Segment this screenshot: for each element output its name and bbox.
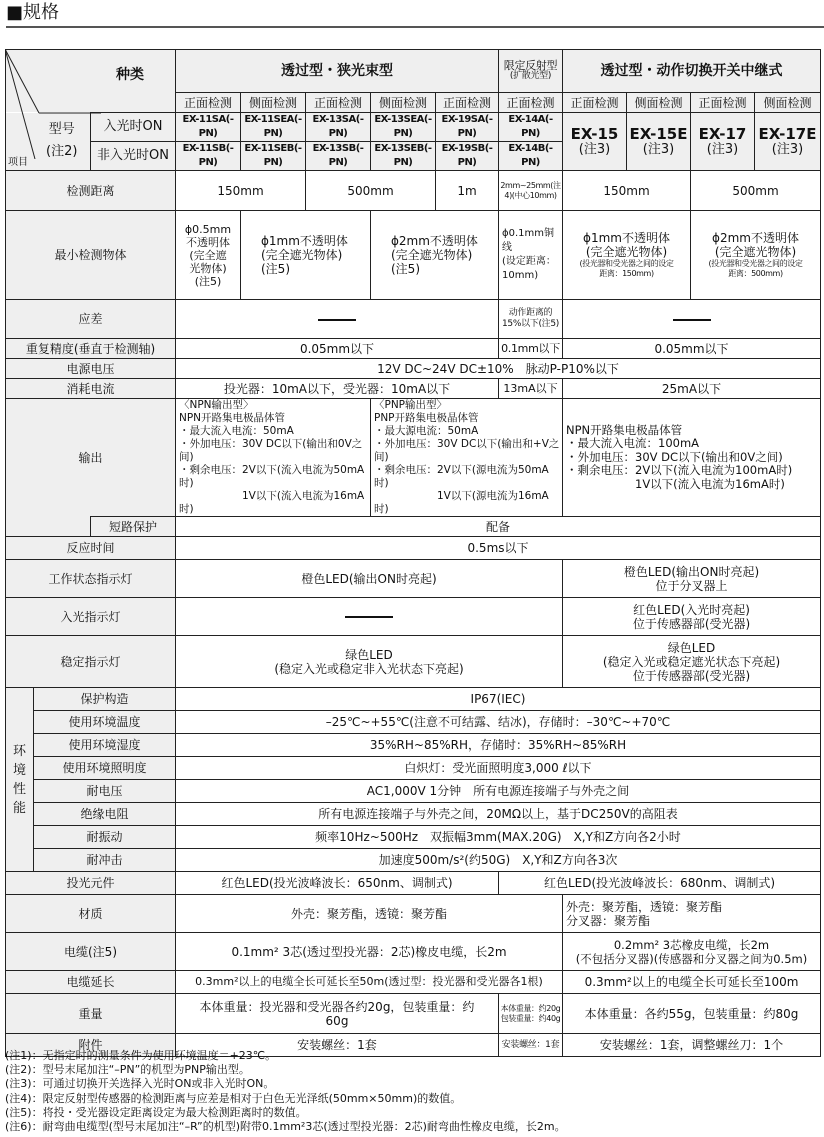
model-on: EX-13SEA(-PN) — [371, 113, 436, 142]
row-incident-indicator: 入光指示灯 红色LED(入光时亮起) 位于传感器部(受光器) — [6, 598, 821, 636]
notes: (注1)：无指定时的测量条件为使用环境温度＝+23℃。 (注2)：型号末尾加注“… — [5, 1049, 566, 1134]
row-label: 输出 — [6, 399, 176, 517]
cell: 绿色LED (稳定入光或稳定非入光状态下亮起) — [176, 636, 563, 688]
row-label: 最小检测物体 — [6, 211, 176, 300]
cell: 35%RH~85%RH，存储时：35%RH~85%RH — [176, 734, 821, 757]
relay-model-cell: EX-15(注3) — [563, 113, 627, 171]
cell: 500mm — [691, 171, 821, 211]
row-label: 消耗电流 — [6, 379, 176, 399]
model-off: EX-13SB(-PN) — [306, 142, 371, 171]
model-on: EX-14A(-PN) — [499, 113, 563, 142]
relay-model: EX-17 — [692, 126, 753, 143]
detect-type: 侧面检测 — [627, 93, 691, 113]
model-off: EX-11SEB(-PN) — [241, 142, 306, 171]
note: (注6)：耐弯曲电缆型(型号末尾加注“–R”的机型)附带0.1mm²3芯(透过型… — [5, 1120, 566, 1134]
relay-note: (注3) — [756, 143, 819, 157]
cell: ϕ0.1mm铜线 (设定距离： 10mm) — [499, 211, 563, 300]
row-label: 使用环境湿度 — [34, 734, 176, 757]
cell: 150mm — [176, 171, 306, 211]
cell: 红色LED(投光波峰波长：650nm、调制式) — [176, 872, 499, 895]
note: (注2)：型号末尾加注“–PN”的机型为PNP输出型。 — [5, 1063, 566, 1077]
model-on: EX-13SA(-PN) — [306, 113, 371, 142]
row-env: 环境性能 保护构造 IP67(IEC) — [6, 688, 821, 711]
row-label: 重复精度(垂直于检测轴) — [6, 339, 176, 359]
row-label: 耐振动 — [34, 826, 176, 849]
title-divider — [6, 26, 824, 28]
dash-icon — [318, 319, 356, 321]
row-env: 耐电压 AC1,000V 1分钟 所有电源连接端子与外壳之间 — [6, 780, 821, 803]
relay-note: (注3) — [628, 143, 689, 157]
cell — [176, 300, 499, 339]
model-on: EX-19SA(-PN) — [436, 113, 499, 142]
cell: 投光器：10mA以下，受光器：10mA以下 — [176, 379, 499, 399]
cell-relay: NPN开路集电极晶体管 ・最大流入电流：100mA ・外加电压：30V DC以下… — [563, 399, 821, 517]
cell: 红色LED(入光时亮起) 位于传感器部(受光器) — [563, 598, 821, 636]
row-label: 重量 — [6, 994, 176, 1034]
row-min-object: 最小检测物体 ϕ0.5mm 不透明体 (完全遮 光物体) (注5) ϕ1mm不透… — [6, 211, 821, 300]
item-label: 项目 — [6, 113, 34, 171]
row-cable: 电缆(注5) 0.1mm² 3芯(透过型投光器：2芯)橡皮电缆，长2m 0.2m… — [6, 933, 821, 971]
detect-type: 正面检测 — [499, 93, 563, 113]
cell: 0.1mm以下 — [499, 339, 563, 359]
detect-type: 正面检测 — [691, 93, 755, 113]
row-operation-indicator: 工作状态指示灯 橙色LED(输出ON时亮起) 橙色LED(输出ON时亮起) 位于… — [6, 560, 821, 598]
cell: 所有电源连接端子与外壳之间，20MΩ以上，基于DC250V的高阻表 — [176, 803, 821, 826]
row-label: 反应时间 — [6, 537, 176, 560]
cell-pnp: 〈PNP输出型〉 PNP开路集电极晶体管 ・最大源电流：50mA ・外加电压：3… — [371, 399, 563, 517]
cell: 12V DC~24V DC±10% 脉动P-P10%以下 — [176, 359, 821, 379]
relay-note: (注3) — [564, 143, 625, 157]
cell: 0.3mm²以上的电缆全长可延长至100m — [563, 971, 821, 994]
row-label: 耐冲击 — [34, 849, 176, 872]
row-label: 电缆延长 — [6, 971, 176, 994]
note: (注3)：可通过切换开关选择入光时ON或非入光时ON。 — [5, 1077, 566, 1091]
cell: 红色LED(投光波峰波长：680nm、调制式) — [499, 872, 821, 895]
cell: 0.5ms以下 — [176, 537, 821, 560]
min-object-sub: (投光器和受光器之间的设定 距离：150mm) — [564, 259, 689, 279]
row-cable-ext: 电缆延长 0.3mm²以上的电缆全长可延长至50m(透过型：投光器和受光器各1根… — [6, 971, 821, 994]
env-group-text: 环境性能 — [13, 742, 27, 818]
model-off: EX-13SEB(-PN) — [371, 142, 436, 171]
row-label: 投光元件 — [6, 872, 176, 895]
note: (注1)：无指定时的测量条件为使用环境温度＝+23℃。 — [5, 1049, 566, 1063]
min-object-sub: (投光器和受光器之间的设定 距离：500mm) — [692, 259, 819, 279]
relay-model-cell: EX-17(注3) — [691, 113, 755, 171]
group-relay: 透过型・动作切换开关中继式 — [563, 50, 821, 93]
model-label-cell: 型号 (注2) — [34, 113, 91, 171]
output-group-spacer — [6, 517, 91, 537]
row-label: 电源电压 — [6, 359, 176, 379]
dash-icon — [345, 616, 393, 618]
cell — [563, 300, 821, 339]
cell: 2mm~25mm(注4)(中心10mm) — [499, 171, 563, 211]
row-label: 电缆(注5) — [6, 933, 176, 971]
cell: AC1,000V 1分钟 所有电源连接端子与外壳之间 — [176, 780, 821, 803]
min-object-main: ϕ2mm不透明体 (完全遮光物体) — [692, 231, 819, 259]
dark-on-label: 非入光时ON — [91, 142, 176, 171]
cell: 外壳：聚芳酯，透镜：聚芳酯 — [176, 895, 563, 933]
row-label: 耐电压 — [34, 780, 176, 803]
cell: 1m — [436, 171, 499, 211]
kind-label: 种类 — [116, 68, 144, 82]
header-kind-cell: 种类 — [6, 50, 176, 113]
cell: 橙色LED(输出ON时亮起) — [176, 560, 563, 598]
row-label: 使用环境照明度 — [34, 757, 176, 780]
cell: 动作距离的 15%以下(注5) — [499, 300, 563, 339]
detect-type: 侧面检测 — [371, 93, 436, 113]
cell: 绿色LED (稳定入光或稳定遮光状态下亮起) 位于传感器部(受光器) — [563, 636, 821, 688]
cell: 橙色LED(输出ON时亮起) 位于分叉器上 — [563, 560, 821, 598]
cell: 0.05mm以下 — [563, 339, 821, 359]
group-limited-reflective: 限定反射型 (扩散光型) — [499, 50, 563, 93]
cell-npn: 〈NPN输出型〉 NPN开路集电极晶体管 ・最大流入电流：50mA ・外加电压：… — [176, 399, 371, 517]
row-material: 材质 外壳：聚芳酯，透镜：聚芳酯 外壳：聚芳酯，透镜：聚芳酯 分叉器：聚芳酯 — [6, 895, 821, 933]
model-off: EX-11SB(-PN) — [176, 142, 241, 171]
model-off: EX-19SB(-PN) — [436, 142, 499, 171]
cell: 加速度500m/s²(约50G) X,Y和Z方向各3次 — [176, 849, 821, 872]
row-env: 使用环境湿度 35%RH~85%RH，存储时：35%RH~85%RH — [6, 734, 821, 757]
spec-table: 种类 透过型・狭光束型 限定反射型 (扩散光型) 透过型・动作切换开关中继式 正… — [5, 49, 821, 1057]
relay-model-cell: EX-15E(注3) — [627, 113, 691, 171]
row-label: 入光指示灯 — [6, 598, 176, 636]
cell: 配备 — [176, 517, 821, 537]
note: (注4)：限定反射型传感器的检测距离与应差是相对于白色无光泽纸(50mm×50m… — [5, 1092, 566, 1106]
row-response-time: 反应时间 0.5ms以下 — [6, 537, 821, 560]
row-label: 短路保护 — [91, 517, 176, 537]
row-current: 消耗电流 投光器：10mA以下，受光器：10mA以下 13mA以下 25mA以下 — [6, 379, 821, 399]
page-title: ■规格 — [6, 2, 59, 24]
cell: 本体重量：各约55g，包装重量：约80g — [563, 994, 821, 1034]
row-emitter: 投光元件 红色LED(投光波峰波长：650nm、调制式) 红色LED(投光波峰波… — [6, 872, 821, 895]
cell: ϕ1mm不透明体 (完全遮光物体) (投光器和受光器之间的设定 距离：150mm… — [563, 211, 691, 300]
row-sensing-distance: 检测距离 150mm 500mm 1m 2mm~25mm(注4)(中心10mm)… — [6, 171, 821, 211]
row-label: 稳定指示灯 — [6, 636, 176, 688]
cell: 本体重量：约20g 包装重量：约40g — [499, 994, 563, 1034]
cell: ϕ2mm不透明体 (完全遮光物体) (投光器和受光器之间的设定 距离：500mm… — [691, 211, 821, 300]
cell: 25mA以下 — [563, 379, 821, 399]
cell: 500mm — [306, 171, 436, 211]
row-env: 使用环境温度 –25℃~+55℃(注意不可结露、结冰)，存储时：–30℃~+70… — [6, 711, 821, 734]
row-label: 绝缘电阻 — [34, 803, 176, 826]
row-env: 使用环境照明度 白炽灯：受光面照明度3,000 ℓ以下 — [6, 757, 821, 780]
cell: ϕ2mm不透明体 (完全遮光物体) (注5) — [371, 211, 499, 300]
detect-type: 正面检测 — [306, 93, 371, 113]
row-env: 耐振动 频率10Hz~500Hz 双振幅3mm(MAX.20G) X,Y和Z方向… — [6, 826, 821, 849]
cell: 0.3mm²以上的电缆全长可延长至50m(透过型：投光器和受光器各1根) — [176, 971, 563, 994]
relay-model-cell: EX-17E(注3) — [755, 113, 821, 171]
cell: 本体重量：投光器和受光器各约20g，包装重量：约 60g — [176, 994, 499, 1034]
relay-note: (注3) — [692, 143, 753, 157]
row-label: 使用环境温度 — [34, 711, 176, 734]
cell — [176, 598, 563, 636]
dash-icon — [673, 319, 711, 321]
row-short-circuit: 短路保护 配备 — [6, 517, 821, 537]
cell: IP67(IEC) — [176, 688, 821, 711]
row-label: 材质 — [6, 895, 176, 933]
relay-model: EX-15E — [628, 126, 689, 143]
group2-line1: 限定反射型 — [500, 60, 561, 71]
detect-type: 侧面检测 — [755, 93, 821, 113]
cell: 0.2mm² 3芯橡皮电缆，长2m (不包括分叉器)(传感器和分叉器之间为0.5… — [563, 933, 821, 971]
detect-type: 正面检测 — [436, 93, 499, 113]
row-label: 检测距离 — [6, 171, 176, 211]
model-note: (注2) — [35, 141, 90, 163]
row-output: 输出 〈NPN输出型〉 NPN开路集电极晶体管 ・最大流入电流：50mA ・外加… — [6, 399, 821, 517]
cell: 0.05mm以下 — [176, 339, 499, 359]
cell: –25℃~+55℃(注意不可结露、结冰)，存储时：–30℃~+70℃ — [176, 711, 821, 734]
cell: 13mA以下 — [499, 379, 563, 399]
env-group-label: 环境性能 — [6, 688, 34, 872]
detect-type: 侧面检测 — [241, 93, 306, 113]
cell: 150mm — [563, 171, 691, 211]
model-on: EX-11SEA(-PN) — [241, 113, 306, 142]
model-label: 型号 — [35, 119, 90, 141]
model-on: EX-11SA(-PN) — [176, 113, 241, 142]
detect-type: 正面检测 — [176, 93, 241, 113]
cell: ϕ0.5mm 不透明体 (完全遮 光物体) (注5) — [176, 211, 241, 300]
note: (注5)：将投・受光器设定距离设定为最大检测距离时的数值。 — [5, 1106, 566, 1120]
row-hysteresis: 应差 动作距离的 15%以下(注5) — [6, 300, 821, 339]
row-repeatability: 重复精度(垂直于检测轴) 0.05mm以下 0.1mm以下 0.05mm以下 — [6, 339, 821, 359]
row-label: 保护构造 — [34, 688, 176, 711]
detect-type: 正面检测 — [563, 93, 627, 113]
group2-line2: (扩散光型) — [500, 71, 561, 82]
group-thrubeam-narrow: 透过型・狭光束型 — [176, 50, 499, 93]
row-weight: 重量 本体重量：投光器和受光器各约20g，包装重量：约 60g 本体重量：约20… — [6, 994, 821, 1034]
row-env: 耐冲击 加速度500m/s²(约50G) X,Y和Z方向各3次 — [6, 849, 821, 872]
cell: 白炽灯：受光面照明度3,000 ℓ以下 — [176, 757, 821, 780]
cell: 频率10Hz~500Hz 双振幅3mm(MAX.20G) X,Y和Z方向各2小时 — [176, 826, 821, 849]
row-env: 绝缘电阻 所有电源连接端子与外壳之间，20MΩ以上，基于DC250V的高阻表 — [6, 803, 821, 826]
light-on-label: 入光时ON — [91, 113, 176, 142]
relay-model: EX-17E — [756, 126, 819, 143]
row-label: 工作状态指示灯 — [6, 560, 176, 598]
row-label: 应差 — [6, 300, 176, 339]
model-off: EX-14B(-PN) — [499, 142, 563, 171]
cell: 外壳：聚芳酯，透镜：聚芳酯 分叉器：聚芳酯 — [563, 895, 821, 933]
cell: 0.1mm² 3芯(透过型投光器：2芯)橡皮电缆，长2m — [176, 933, 563, 971]
min-object-main: ϕ1mm不透明体 (完全遮光物体) — [564, 231, 689, 259]
relay-model: EX-15 — [564, 126, 625, 143]
row-stability-indicator: 稳定指示灯 绿色LED (稳定入光或稳定非入光状态下亮起) 绿色LED (稳定入… — [6, 636, 821, 688]
cell: 安装螺丝：1套，调整螺丝刀：1个 — [563, 1034, 821, 1057]
cell: ϕ1mm不透明体 (完全遮光物体) (注5) — [241, 211, 371, 300]
row-supply-voltage: 电源电压 12V DC~24V DC±10% 脉动P-P10%以下 — [6, 359, 821, 379]
